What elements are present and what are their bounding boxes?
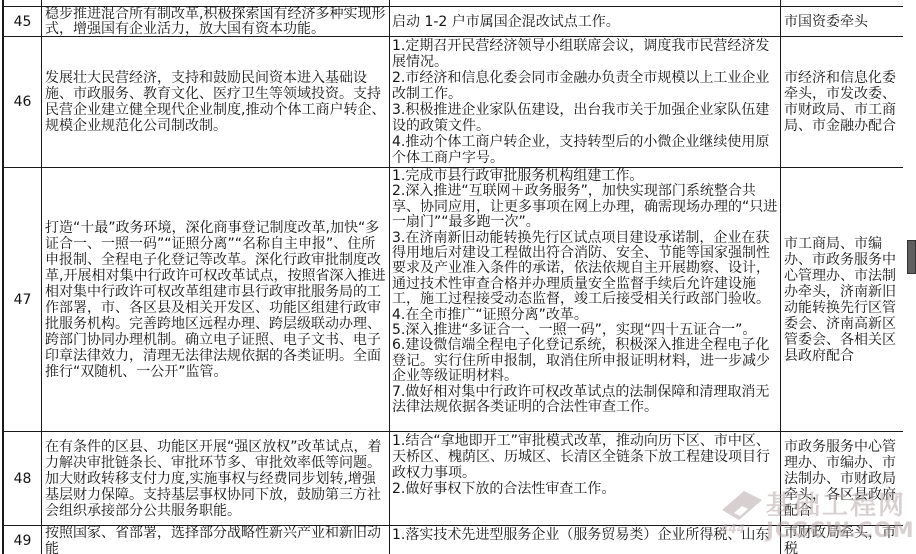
measures-cell: 1.完成市县行政审批服务机构组建工作。 2.深入推进“互联网＋政务服务”，加快实… bbox=[390, 168, 781, 432]
task-cell: 稳步推进混合所有制改革,积极探索国有经济多种实现形式，增强国有企业活力，放大国有… bbox=[42, 7, 390, 37]
measures-cell: 1.结合“拿地即开工”审批模式改革，推动向历下区、市中区、天桥区、槐荫区、历城区… bbox=[390, 432, 781, 526]
table-row: 45 稳步推进混合所有制改革,积极探索国有经济多种实现形式，增强国有企业活力，放… bbox=[4, 7, 905, 37]
table-row-partial-top bbox=[4, 0, 905, 7]
row-number-cell bbox=[4, 0, 42, 7]
responsible-cell: 市政务服务中心管理办、市编办、市法制办、市财政局牵头，各区县政府配合 bbox=[781, 432, 905, 526]
responsible-cell: 市国资委牵头 bbox=[781, 7, 905, 37]
scrollbar-thumb[interactable] bbox=[907, 240, 916, 274]
row-number-cell: 49 bbox=[4, 526, 42, 554]
table-row: 49 按照国家、省部署，选择部分战略性新兴产业和新旧动能 1.落实技术先进型服务… bbox=[4, 526, 905, 554]
row-number-cell: 48 bbox=[4, 432, 42, 526]
task-cell: 按照国家、省部署，选择部分战略性新兴产业和新旧动能 bbox=[42, 526, 390, 554]
measures-cell: 1.定期召开民营经济领导小组联席会议，调度我市民营经济发展情况。 2.市经济和信… bbox=[390, 37, 781, 168]
responsible-cell: 市财政局牵头，市税 bbox=[781, 526, 905, 554]
vertical-scrollbar[interactable] bbox=[903, 0, 916, 554]
table-row: 46 发展壮大民营经济，支持和鼓励民间资本进入基础设施、市政服务、教育文化、医疗… bbox=[4, 37, 905, 168]
task-cell: 发展壮大民营经济，支持和鼓励民间资本进入基础设施、市政服务、教育文化、医疗卫生等… bbox=[42, 37, 390, 168]
task-cell bbox=[42, 0, 390, 7]
table-row: 47 打造“十最”政务环境，深化商事登记制度改革,加快“多证合一、一照一码”“证… bbox=[4, 168, 905, 432]
task-cell: 在有条件的区县、功能区开展“强区放权”改革试点，着力解决审批链条长、审批环节多、… bbox=[42, 432, 390, 526]
responsible-cell bbox=[781, 0, 905, 7]
task-cell: 打造“十最”政务环境，深化商事登记制度改革,加快“多证合一、一照一码”“证照分离… bbox=[42, 168, 390, 432]
document-page: 45 稳步推进混合所有制改革,积极探索国有经济多种实现形式，增强国有企业活力，放… bbox=[0, 0, 916, 554]
row-number-cell: 47 bbox=[4, 168, 42, 432]
responsible-cell: 市工商局、市编办、市政务服务中心管理办、市法制办牵头，济南新旧动能转换先行区管委… bbox=[781, 168, 905, 432]
task-table: 45 稳步推进混合所有制改革,积极探索国有经济多种实现形式，增强国有企业活力，放… bbox=[2, 0, 905, 554]
responsible-cell: 市经济和信息化委牵头，市发改委、市财政局、市工商局、市金融办配合 bbox=[781, 37, 905, 168]
table-row: 48 在有条件的区县、功能区开展“强区放权”改革试点，着力解决审批链条长、审批环… bbox=[4, 432, 905, 526]
measures-cell: 启动 1-2 户市属国企混改试点工作。 bbox=[390, 7, 781, 37]
measures-cell bbox=[390, 0, 781, 7]
row-number-cell: 46 bbox=[4, 37, 42, 168]
row-number-cell: 45 bbox=[4, 7, 42, 37]
measures-cell: 1.落实技术先进型服务企业（服务贸易类）企业所得税、山东 bbox=[390, 526, 781, 554]
